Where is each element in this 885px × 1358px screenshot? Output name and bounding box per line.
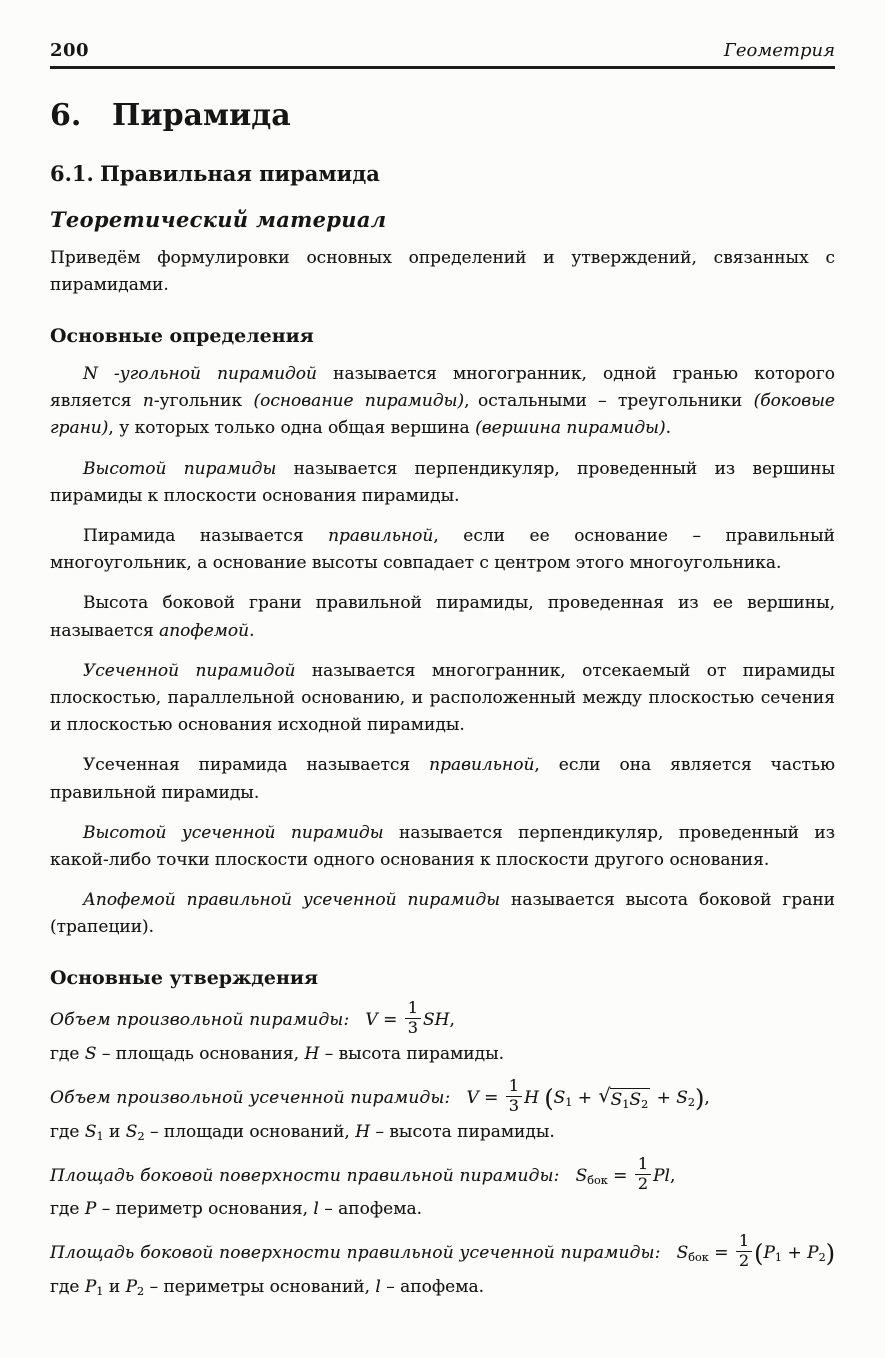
section-title: Пирамида bbox=[112, 99, 291, 132]
formula-math: V = 13H (S1 + √S1S2 + S2), bbox=[466, 1088, 709, 1108]
definition-paragraph: Усеченной пирамидой называется многогран… bbox=[50, 658, 835, 740]
formula-where: где S1 и S2 – площади оснований, H – выс… bbox=[50, 1120, 835, 1146]
page-header: 200 Геометрия bbox=[50, 40, 835, 62]
definition-paragraph: Апофемой правильной усеченной пирамиды н… bbox=[50, 887, 835, 941]
formula-block: Площадь боковой поверхности правильной п… bbox=[50, 1158, 835, 1223]
formula-math: Sбок = 12Pl, bbox=[576, 1166, 676, 1186]
definition-paragraph: N -угольной пирамидой называется многогр… bbox=[50, 361, 835, 443]
formula-block: Объем произвольной усеченной пирамиды:V … bbox=[50, 1080, 835, 1146]
subsection-title: Правильная пирамида bbox=[100, 162, 380, 186]
formula-math: Sбок = 12(P1 + P2) bbox=[677, 1243, 835, 1263]
book-page: 200 Геометрия 6. Пирамида 6.1. Правильна… bbox=[0, 0, 885, 1301]
subsection-heading: 6.1. Правильная пирамида bbox=[50, 162, 835, 186]
statements-heading: Основные утверждения bbox=[50, 967, 835, 990]
definition-paragraph: Высотой пирамиды называется перпендикуля… bbox=[50, 456, 835, 510]
header-rule bbox=[50, 66, 835, 69]
formula-where: где P – периметр основания, l – апофема. bbox=[50, 1197, 835, 1223]
formula-math: V = 13SH, bbox=[365, 1010, 455, 1030]
formula-line: Площадь боковой поверхности правильной у… bbox=[50, 1235, 835, 1272]
formula-label: Объем произвольной усеченной пирамиды: bbox=[50, 1088, 450, 1108]
formula-label: Площадь боковой поверхности правильной у… bbox=[50, 1243, 661, 1263]
formula-where: где S – площадь основания, H – высота пи… bbox=[50, 1042, 835, 1068]
formula-line: Площадь боковой поверхности правильной п… bbox=[50, 1158, 835, 1195]
section-number: 6. bbox=[50, 99, 112, 132]
formula-line: Объем произвольной усеченной пирамиды:V … bbox=[50, 1080, 835, 1117]
subsection-number: 6.1. bbox=[50, 162, 100, 186]
section-heading: 6. Пирамида bbox=[50, 99, 835, 132]
formula-line: Объем произвольной пирамиды:V = 13SH, bbox=[50, 1002, 835, 1039]
definition-paragraph: Пирамида называется правильной, если ее … bbox=[50, 523, 835, 577]
definitions-heading: Основные определения bbox=[50, 325, 835, 348]
definition-paragraph: Высота боковой грани правильной пирамиды… bbox=[50, 590, 835, 644]
formula-block: Площадь боковой поверхности правильной у… bbox=[50, 1235, 835, 1301]
definition-paragraph: Усеченная пирамида называется правильной… bbox=[50, 752, 835, 806]
theory-heading: Теоретический материал bbox=[50, 207, 835, 232]
formula-block: Объем произвольной пирамиды:V = 13SH, гд… bbox=[50, 1002, 835, 1067]
formula-where: где P1 и P2 – периметры оснований, l – а… bbox=[50, 1275, 835, 1301]
page-number: 200 bbox=[50, 40, 89, 62]
running-title: Геометрия bbox=[724, 40, 835, 62]
formula-label: Объем произвольной пирамиды: bbox=[50, 1010, 349, 1030]
formula-label: Площадь боковой поверхности правильной п… bbox=[50, 1166, 560, 1186]
definition-paragraph: Высотой усеченной пирамиды называется пе… bbox=[50, 820, 835, 874]
intro-paragraph: Приведём формулировки основных определен… bbox=[50, 245, 835, 299]
